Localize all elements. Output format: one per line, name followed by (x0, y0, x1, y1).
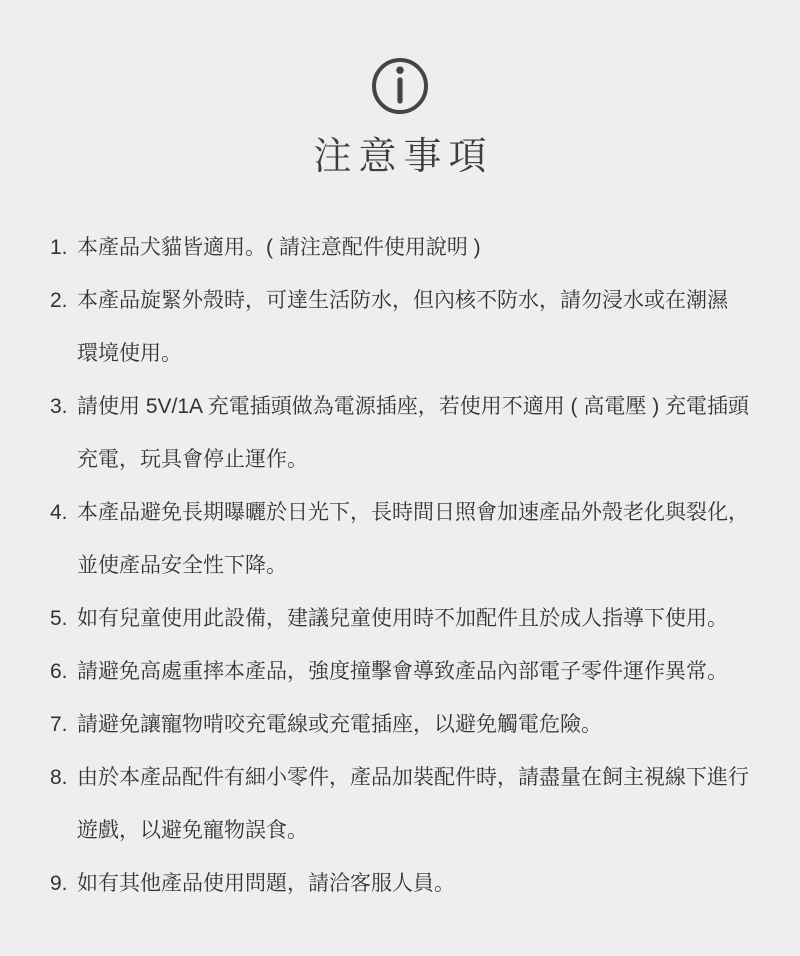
item-number: 2. (50, 274, 77, 327)
notice-list: 1. 本產品犬貓皆適用。( 請注意配件使用說明 ) 2. 本產品旋緊外殼時，可達… (0, 221, 800, 910)
item-text: 請使用 5V/1A 充電插頭做為電源插座，若使用不適用 ( 高電壓 ) 充電插頭… (77, 380, 764, 486)
item-text: 請避免讓寵物啃咬充電線或充電插座，以避免觸電危險。 (77, 698, 764, 751)
notice-item: 4. 本產品避免長期曝曬於日光下，長時間日照會加速產品外殼老化與裂化， 並使產品… (50, 486, 764, 592)
item-text: 由於本產品配件有細小零件，產品加裝配件時，請盡量在飼主視線下進行 遊戲，以避免寵… (77, 751, 764, 857)
item-number: 9. (50, 857, 77, 910)
item-text: 本產品旋緊外殼時，可達生活防水，但內核不防水，請勿浸水或在潮濕 環境使用。 (77, 274, 764, 380)
item-text: 請避免高處重摔本產品，強度撞擊會導致產品內部電子零件運作異常。 (77, 645, 764, 698)
item-number: 3. (50, 380, 77, 433)
notice-item: 7. 請避免讓寵物啃咬充電線或充電插座，以避免觸電危險。 (50, 698, 764, 751)
notice-page: 注意事項 1. 本產品犬貓皆適用。( 請注意配件使用說明 ) 2. 本產品旋緊外… (0, 0, 800, 910)
item-number: 7. (50, 698, 77, 751)
notice-item: 3. 請使用 5V/1A 充電插頭做為電源插座，若使用不適用 ( 高電壓 ) 充… (50, 380, 764, 486)
item-text: 如有兒童使用此設備，建議兒童使用時不加配件且於成人指導下使用。 (77, 592, 764, 645)
notice-item: 2. 本產品旋緊外殼時，可達生活防水，但內核不防水，請勿浸水或在潮濕 環境使用。 (50, 274, 764, 380)
notice-item: 1. 本產品犬貓皆適用。( 請注意配件使用說明 ) (50, 221, 764, 274)
item-number: 5. (50, 592, 77, 645)
item-number: 4. (50, 486, 77, 539)
info-icon (0, 57, 800, 115)
page-title: 注意事項 (0, 135, 800, 180)
item-number: 6. (50, 645, 77, 698)
item-number: 1. (50, 221, 77, 274)
item-number: 8. (50, 751, 77, 804)
notice-item: 5. 如有兒童使用此設備，建議兒童使用時不加配件且於成人指導下使用。 (50, 592, 764, 645)
item-text: 本產品避免長期曝曬於日光下，長時間日照會加速產品外殼老化與裂化， 並使產品安全性… (77, 486, 764, 592)
notice-item: 9. 如有其他產品使用問題，請洽客服人員。 (50, 857, 764, 910)
item-text: 如有其他產品使用問題，請洽客服人員。 (77, 857, 764, 910)
notice-header: 注意事項 (0, 0, 800, 180)
notice-item: 8. 由於本產品配件有細小零件，產品加裝配件時，請盡量在飼主視線下進行 遊戲，以… (50, 751, 764, 857)
notice-item: 6. 請避免高處重摔本產品，強度撞擊會導致產品內部電子零件運作異常。 (50, 645, 764, 698)
item-text: 本產品犬貓皆適用。( 請注意配件使用說明 ) (77, 221, 764, 274)
